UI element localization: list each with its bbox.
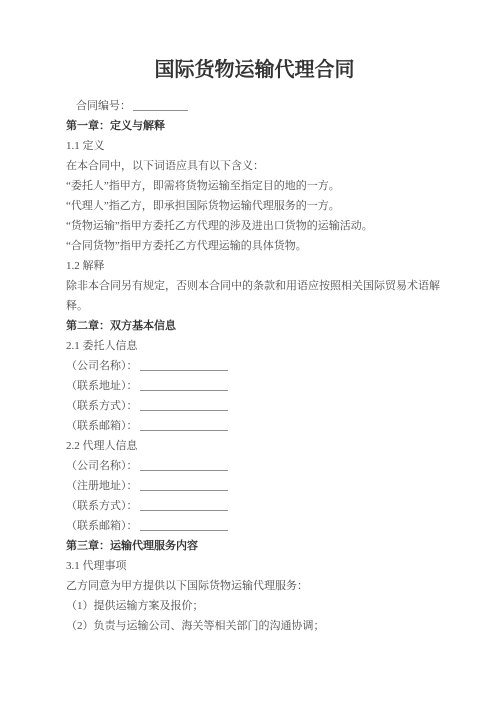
blank-underline [140, 520, 228, 531]
field-label: （注册地址）： [66, 480, 138, 492]
field-label: （公司名称）： [66, 460, 138, 472]
agent-contact-email-row: （联系邮箱）： [66, 516, 443, 536]
paragraph: 1.2 解释 [66, 256, 443, 276]
blank-underline [140, 420, 228, 431]
blank-underline [140, 480, 228, 491]
blank-underline [140, 380, 228, 391]
field-label: （联系方式）： [66, 500, 138, 512]
field-label: （联系邮箱）： [66, 520, 138, 532]
paragraph: 3.1 代理事项 [66, 556, 443, 576]
field-label: （公司名称）： [66, 360, 138, 372]
client-contact-address-row: （联系地址）： [66, 376, 443, 396]
blank-underline [133, 100, 188, 111]
blank-underline [140, 500, 228, 511]
paragraph: “合同货物”指甲方委托乙方代理运输的具体货物。 [66, 236, 443, 256]
contract-document-page: 国际货物运输代理合同 合同编号：第一章：定义与解释1.1 定义在本合同中，以下词… [0, 0, 500, 707]
paragraph: （2）负责与运输公司、海关等相关部门的沟通协调； [66, 616, 443, 636]
blank-underline [140, 360, 228, 371]
paragraph: （1）提供运输方案及报价； [66, 596, 443, 616]
client-contact-email-row: （联系邮箱）： [66, 416, 443, 436]
client-company-name-row: （公司名称）： [66, 356, 443, 376]
section-heading: 第二章：双方基本信息 [66, 316, 443, 336]
field-label: （联系方式）： [66, 400, 138, 412]
contract-number-row: 合同编号： [66, 96, 443, 116]
document-body: 合同编号：第一章：定义与解释1.1 定义在本合同中，以下词语应具有以下含义：“委… [66, 96, 443, 636]
agent-contact-phone-row: （联系方式）： [66, 496, 443, 516]
section-heading: 第三章：运输代理服务内容 [66, 536, 443, 556]
paragraph: “代理人”指乙方，即承担国际货物运输代理服务的一方。 [66, 196, 443, 216]
blank-underline [140, 460, 228, 471]
agent-registered-address-row: （注册地址）： [66, 476, 443, 496]
section-heading: 第一章：定义与解释 [66, 116, 443, 136]
paragraph: 2.1 委托人信息 [66, 336, 443, 356]
paragraph: 乙方同意为甲方提供以下国际货物运输代理服务： [66, 576, 443, 596]
paragraph: 2.2 代理人信息 [66, 436, 443, 456]
blank-underline [140, 400, 228, 411]
field-label: 合同编号： [76, 100, 131, 112]
paragraph: “货物运输”指甲方委托乙方代理的涉及进出口货物的运输活动。 [66, 216, 443, 236]
client-contact-phone-row: （联系方式）： [66, 396, 443, 416]
document-title: 国际货物运输代理合同 [66, 57, 443, 83]
agent-company-name-row: （公司名称）： [66, 456, 443, 476]
paragraph: 在本合同中，以下词语应具有以下含义： [66, 156, 443, 176]
field-label: （联系邮箱）： [66, 420, 138, 432]
paragraph: 除非本合同另有规定，否则本合同中的条款和用语应按照相关国际贸易术语解释。 [66, 276, 443, 316]
paragraph: 1.1 定义 [66, 136, 443, 156]
paragraph: “委托人”指甲方，即需将货物运输至指定目的地的一方。 [66, 176, 443, 196]
field-label: （联系地址）： [66, 380, 138, 392]
